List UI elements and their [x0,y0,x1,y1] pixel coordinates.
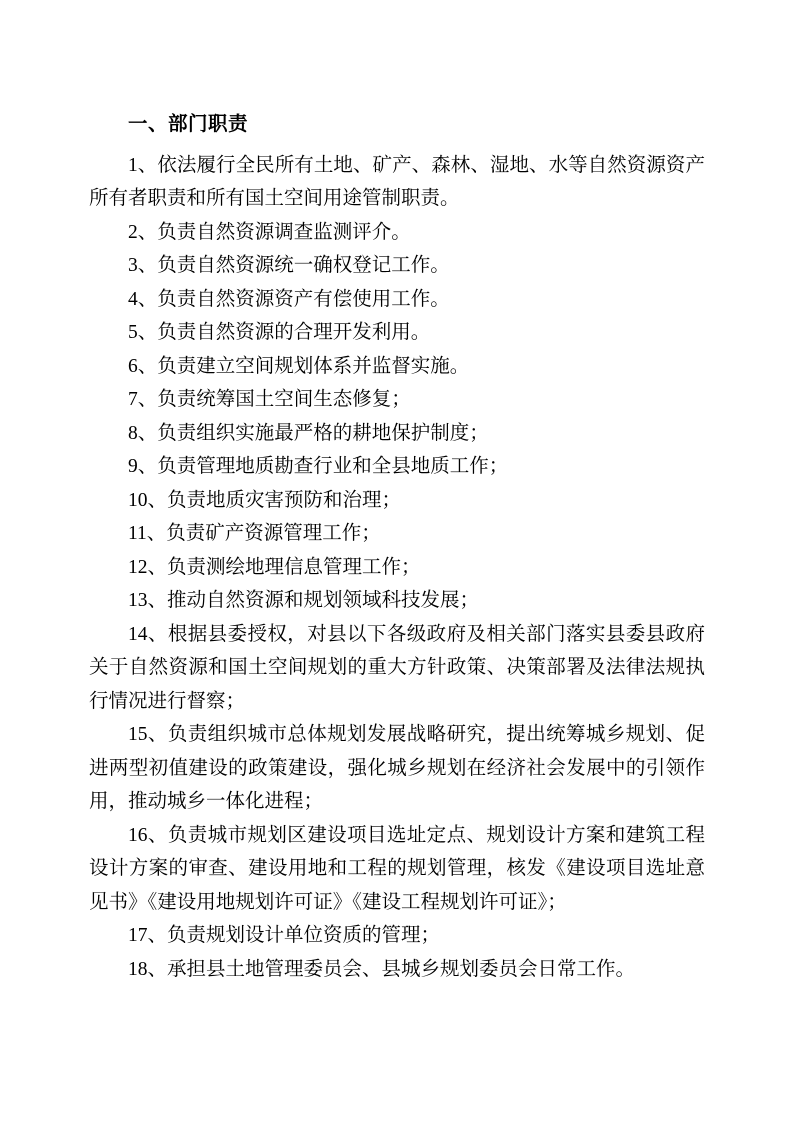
duty-item-1: 1、依法履行全民所有土地、矿产、森林、湿地、水等自然资源资产所有者职责和所有国土… [89,149,705,216]
duty-item-10: 10、负责地质灾害预防和治理； [89,484,705,518]
duty-item-15: 15、负责组织城市总体规划发展战略研究，提出统筹城乡规划、促进两型初值建设的政策… [89,718,705,819]
duty-item-4: 4、负责自然资源资产有偿使用工作。 [89,283,705,317]
duty-item-5: 5、负责自然资源的合理开发利用。 [89,316,705,350]
duty-item-13: 13、推动自然资源和规划领域科技发展； [89,584,705,618]
duty-item-18: 18、承担县土地管理委员会、县城乡规划委员会日常工作。 [89,953,705,987]
duty-item-12: 12、负责测绘地理信息管理工作； [89,551,705,585]
section-heading: 一、部门职责 [89,108,705,142]
duty-item-8: 8、负责组织实施最严格的耕地保护制度； [89,417,705,451]
duty-item-2: 2、负责自然资源调查监测评介。 [89,216,705,250]
duty-item-11: 11、负责矿产资源管理工作； [89,517,705,551]
duty-item-17: 17、负责规划设计单位资质的管理； [89,919,705,953]
duty-item-9: 9、负责管理地质勘查行业和全县地质工作； [89,450,705,484]
duty-item-14: 14、根据县委授权，对县以下各级政府及相关部门落实县委县政府关于自然资源和国土空… [89,618,705,719]
duty-item-3: 3、负责自然资源统一确权登记工作。 [89,249,705,283]
document-page: 一、部门职责 1、依法履行全民所有土地、矿产、森林、湿地、水等自然资源资产所有者… [0,0,793,1122]
duty-item-16: 16、负责城市规划区建设项目选址定点、规划设计方案和建筑工程设计方案的审查、建设… [89,819,705,920]
duty-item-7: 7、负责统筹国土空间生态修复； [89,383,705,417]
duty-item-6: 6、负责建立空间规划体系并监督实施。 [89,350,705,384]
